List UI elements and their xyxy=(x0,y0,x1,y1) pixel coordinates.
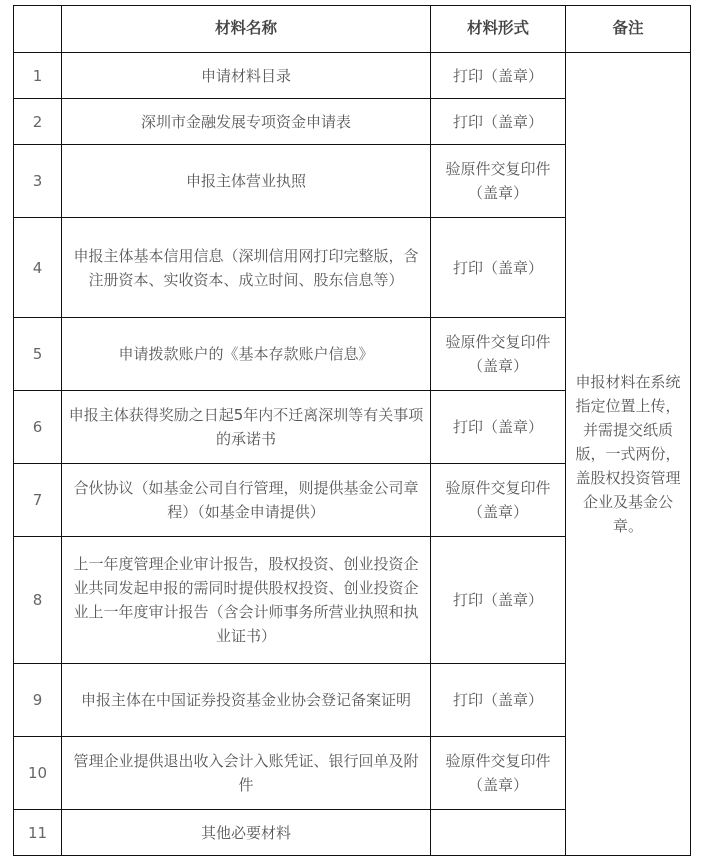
material-name: 申报主体获得奖励之日起5年内不迁离深圳等有关事项的承诺书 xyxy=(62,391,431,464)
material-form: 验原件交复印件（盖章） xyxy=(431,464,566,537)
material-name: 申请材料目录 xyxy=(62,53,431,99)
material-name: 申报主体基本信用信息（深圳信用网打印完整版，含注册资本、实收资本、成立时间、股东… xyxy=(62,218,431,318)
table-body: 1申请材料目录打印（盖章）申报材料在系统指定位置上传，并需提交纸质版，一式两份，… xyxy=(14,53,691,856)
row-index: 9 xyxy=(14,664,62,737)
material-name: 申报主体在中国证券投资基金业协会登记备案证明 xyxy=(62,664,431,737)
material-form: 打印（盖章） xyxy=(431,391,566,464)
header-material-name: 材料名称 xyxy=(62,6,431,53)
material-name: 其他必要材料 xyxy=(62,810,431,856)
material-name: 管理企业提供退出收入会计入账凭证、银行回单及附件 xyxy=(62,737,431,810)
material-form: 验原件交复印件（盖章） xyxy=(431,145,566,218)
header-note: 备注 xyxy=(566,6,691,53)
material-form: 验原件交复印件（盖章） xyxy=(431,737,566,810)
material-form: 打印（盖章） xyxy=(431,218,566,318)
materials-table: 材料名称 材料形式 备注 1申请材料目录打印（盖章）申报材料在系统指定位置上传，… xyxy=(13,5,691,856)
row-index: 3 xyxy=(14,145,62,218)
row-index: 7 xyxy=(14,464,62,537)
row-index: 1 xyxy=(14,53,62,99)
material-form: 打印（盖章） xyxy=(431,537,566,664)
row-index: 2 xyxy=(14,99,62,145)
material-name: 深圳市金融发展专项资金申请表 xyxy=(62,99,431,145)
note-cell: 申报材料在系统指定位置上传，并需提交纸质版，一式两份，盖股权投资管理企业及基金公… xyxy=(566,53,691,856)
material-form: 打印（盖章） xyxy=(431,99,566,145)
table-row: 1申请材料目录打印（盖章）申报材料在系统指定位置上传，并需提交纸质版，一式两份，… xyxy=(14,53,691,99)
material-name: 上一年度管理企业审计报告，股权投资、创业投资企业共同发起申报的需同时提供股权投资… xyxy=(62,537,431,664)
row-index: 4 xyxy=(14,218,62,318)
material-form xyxy=(431,810,566,856)
row-index: 10 xyxy=(14,737,62,810)
row-index: 11 xyxy=(14,810,62,856)
material-name: 合伙协议（如基金公司自行管理，则提供基金公司章程）（如基金申请提供） xyxy=(62,464,431,537)
material-name: 申请拨款账户的《基本存款账户信息》 xyxy=(62,318,431,391)
header-row: 材料名称 材料形式 备注 xyxy=(14,6,691,53)
material-form: 打印（盖章） xyxy=(431,53,566,99)
header-material-form: 材料形式 xyxy=(431,6,566,53)
material-form: 打印（盖章） xyxy=(431,664,566,737)
header-index xyxy=(14,6,62,53)
material-name: 申报主体营业执照 xyxy=(62,145,431,218)
material-form: 验原件交复印件（盖章） xyxy=(431,318,566,391)
row-index: 8 xyxy=(14,537,62,664)
row-index: 6 xyxy=(14,391,62,464)
row-index: 5 xyxy=(14,318,62,391)
